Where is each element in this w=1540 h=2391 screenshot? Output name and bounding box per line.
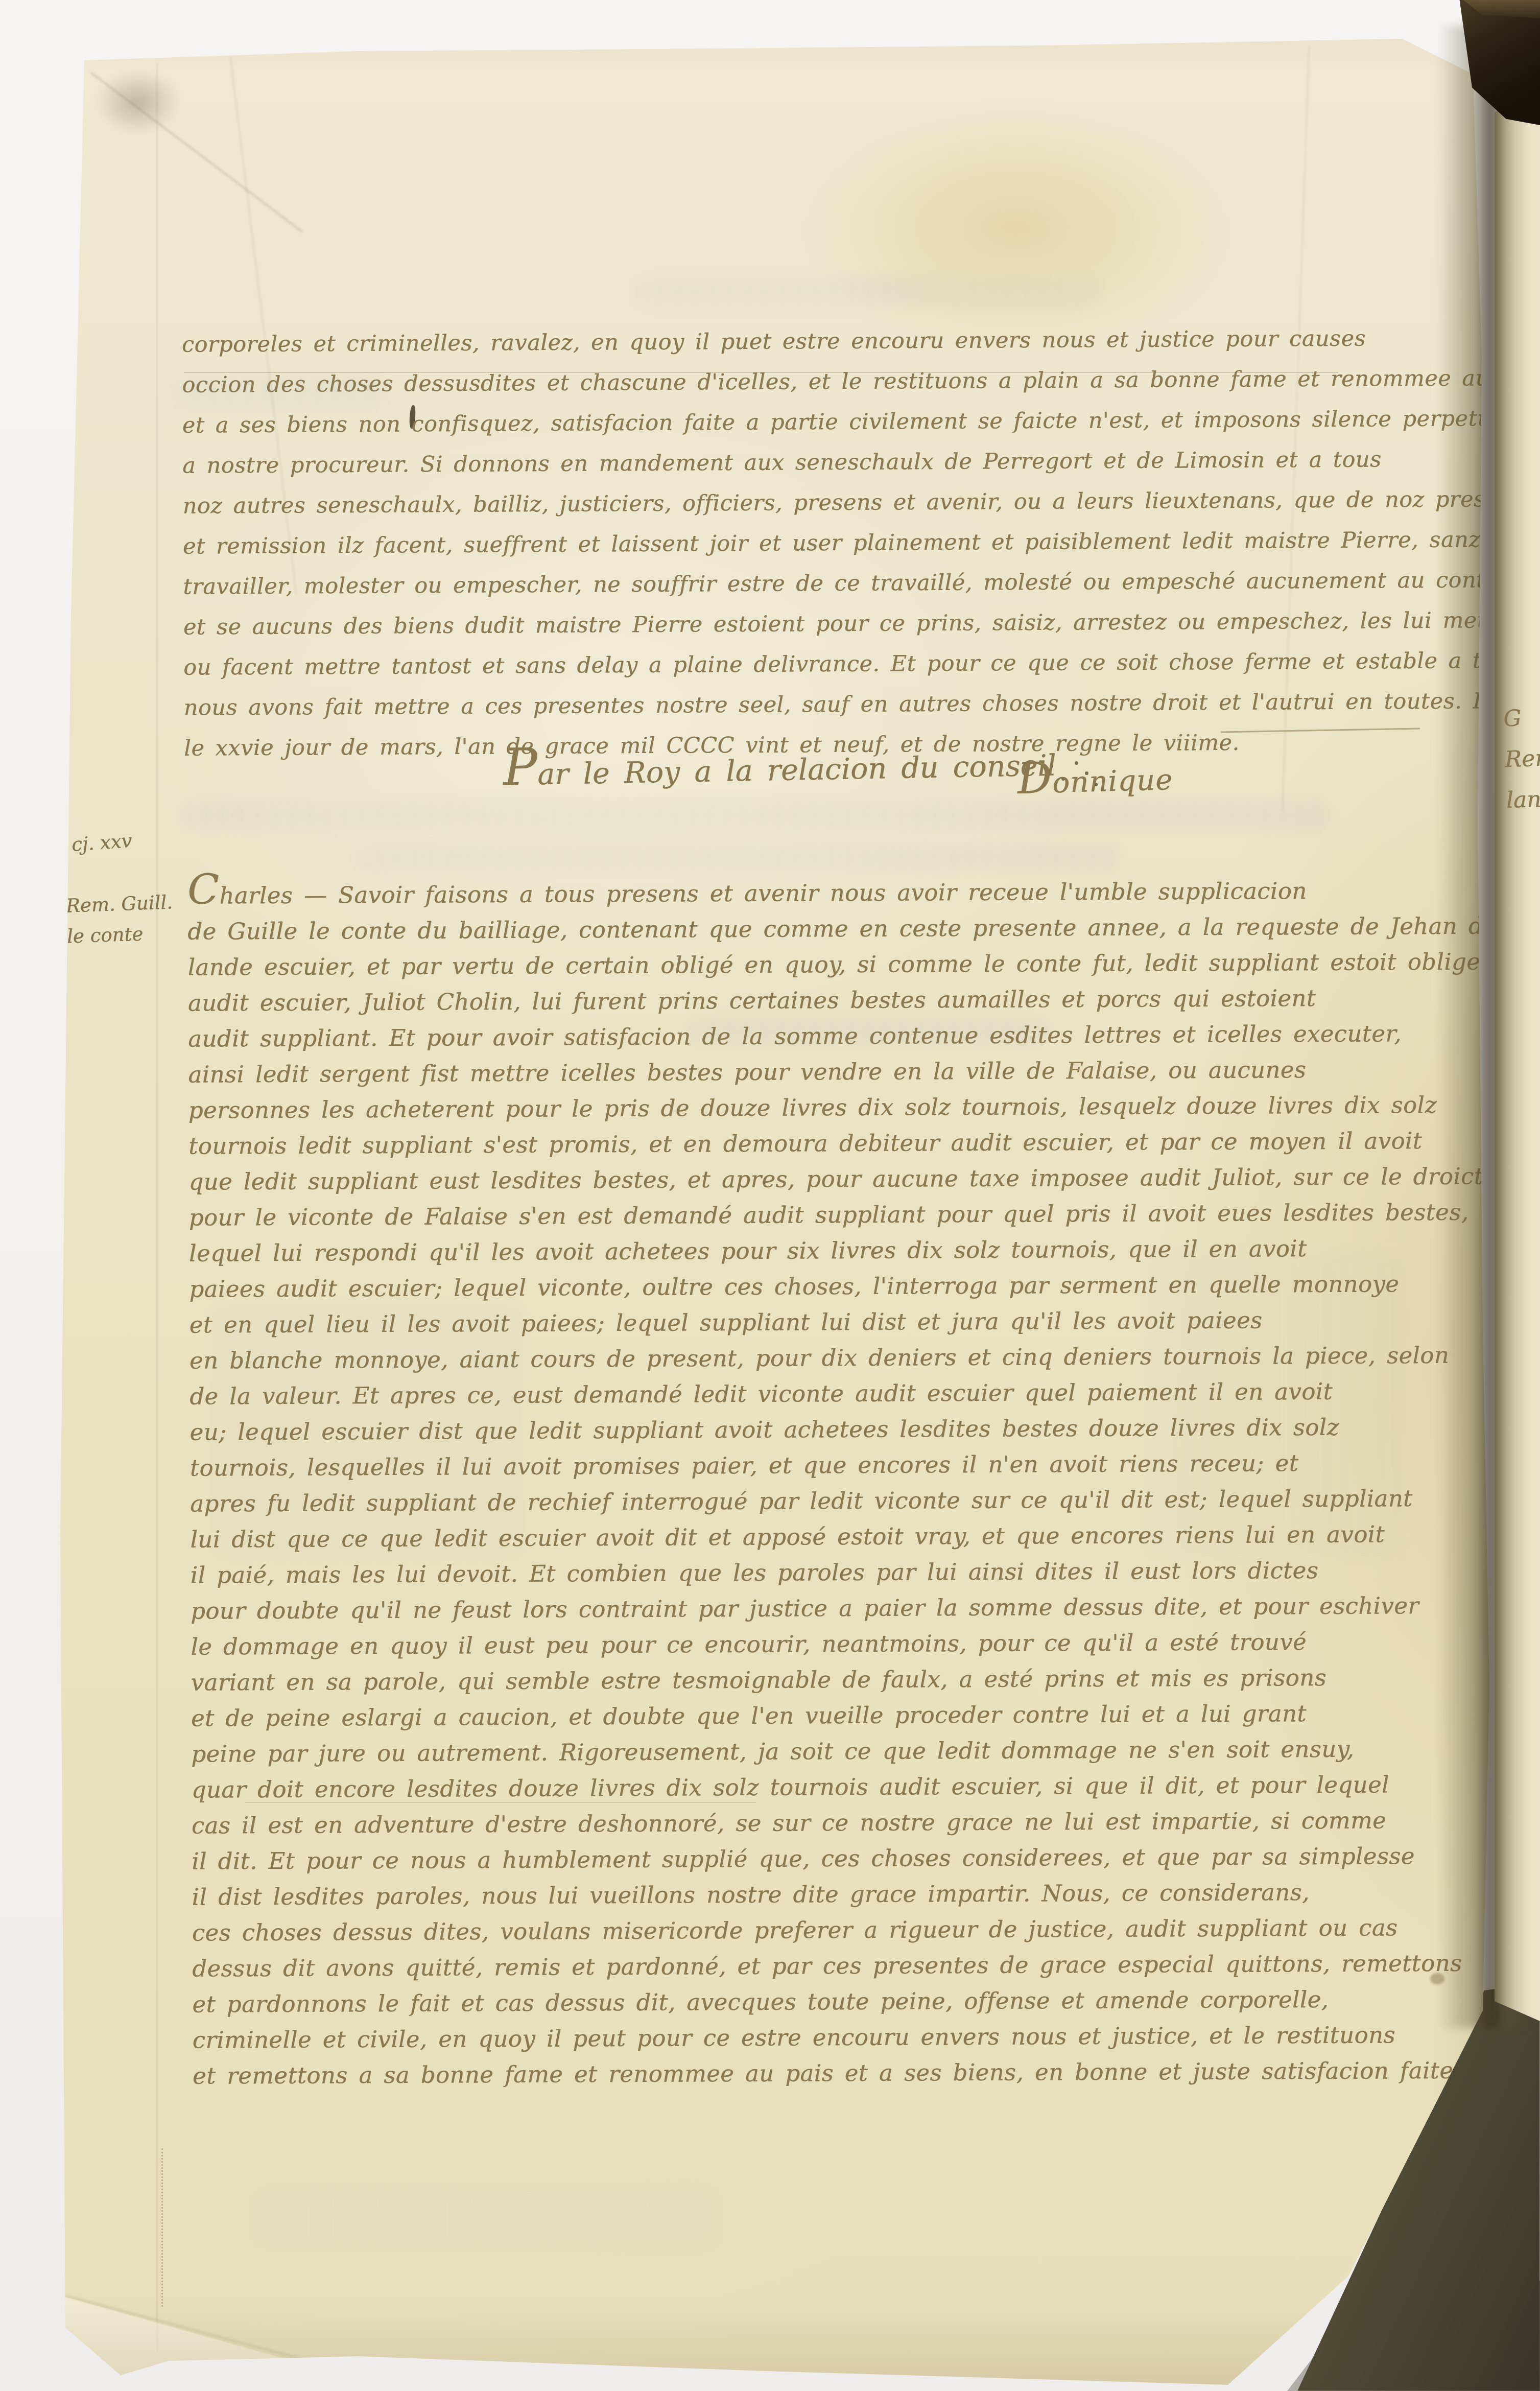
- parchment-repair-seam: [161, 2148, 163, 2307]
- text-line: eu; lequel escuier dist que ledit suppli…: [189, 1409, 1532, 1450]
- text-line: il dist lesdites paroles, nous lui vueil…: [192, 1873, 1534, 1915]
- text-line: a nostre procureur. Si donnons en mandem…: [182, 438, 1540, 486]
- text-line: et de peine eslargi a caucion, et doubte…: [191, 1695, 1533, 1736]
- margin-note-folio: cj. xxv: [71, 830, 133, 856]
- fold-crease: [156, 64, 158, 2353]
- text-line: audit suppliant. Et pour avoir satisfaci…: [188, 1015, 1530, 1057]
- text-line: paiees audit escuier; lequel viconte, ou…: [189, 1265, 1531, 1307]
- crease-line: [90, 72, 303, 232]
- remission-text-block: Charles — Savoir faisons a tous presens …: [187, 872, 1535, 2094]
- text-line: travailler, molester ou empescher, ne so…: [183, 559, 1540, 607]
- text-line: et remettons a sa bonne fame et renommee…: [193, 2052, 1535, 2094]
- text-line: dessus dit avons quitté, remis et pardon…: [192, 1945, 1534, 1986]
- closing-text-block: corporeles et criminelles, ravalez, en q…: [182, 317, 1540, 769]
- text-line: et en quel lieu il les avoit paiees; leq…: [189, 1301, 1531, 1343]
- text-line: personnes les acheterent pour le pris de…: [188, 1087, 1531, 1128]
- text-line: cas il est en adventure d'estre deshonno…: [192, 1802, 1534, 1843]
- facing-page-text-fragments: GRemlan: [1503, 697, 1540, 822]
- text-line: et remission ilz facent, sueffrent et la…: [183, 519, 1540, 567]
- chancery-signature: Donnique: [1017, 763, 1173, 801]
- text-line: peine par jure ou autrement. Rigoreuseme…: [191, 1730, 1533, 1772]
- text-line: tournois, lesquelles il lui avoit promis…: [190, 1444, 1532, 1486]
- text-line: Charles — Savoir faisons a tous presens …: [187, 872, 1530, 913]
- text-line: audit escuier, Juliot Cholin, lui furent…: [188, 979, 1530, 1021]
- text-line: tournois ledit suppliant s'est promis, e…: [188, 1122, 1531, 1164]
- text-line: il paié, mais les lui devoit. Et combien…: [191, 1552, 1533, 1593]
- text-line: que ledit suppliant eust lesdites bestes…: [188, 1158, 1531, 1200]
- margin-note-line: Rem. Guill.: [65, 887, 173, 921]
- text-line: ou facent mettre tantost et sans delay a…: [183, 640, 1540, 688]
- margin-note-line: le conte: [66, 918, 174, 952]
- text-line: G: [1503, 697, 1540, 740]
- showthrough-ghost: [358, 843, 1124, 871]
- text-line: lui dist que ce que ledit escuier avoit …: [190, 1516, 1532, 1557]
- showthrough-ghost: [638, 276, 1098, 307]
- text-line: de la valeur. Et apres ce, eust demandé …: [189, 1373, 1532, 1414]
- text-line: noz autres seneschaulx, bailliz, justici…: [182, 478, 1540, 527]
- text-line: ces choses dessus dites, voulans miseric…: [192, 1909, 1534, 1951]
- text-line: de Guille le conte du bailliage, contena…: [187, 908, 1530, 949]
- margin-note-registration: Rem. Guill. le conte: [65, 887, 174, 952]
- text-line: lande escuier, et par vertu de certain o…: [187, 944, 1530, 985]
- text-line: lan: [1505, 779, 1540, 822]
- text-line: variant en sa parole, qui semble estre t…: [191, 1659, 1533, 1700]
- text-line: et se aucuns des biens dudit maistre Pie…: [183, 599, 1540, 648]
- text-line: ainsi ledit sergent fist mettre icelles …: [188, 1051, 1530, 1092]
- text-line: et a ses biens non confisquez, satisfaci…: [182, 397, 1540, 446]
- text-line: le dommage en quoy il eust peu pour ce e…: [191, 1623, 1533, 1665]
- text-line: corporeles et criminelles, ravalez, en q…: [182, 317, 1540, 365]
- text-line: en blanche monnoye, aiant cours de prese…: [189, 1337, 1532, 1378]
- text-line: apres fu ledit suppliant de rechief inte…: [190, 1480, 1532, 1521]
- text-line: pour doubte qu'il ne feust lors contrain…: [191, 1587, 1533, 1629]
- text-line: criminelle et civile, en quoy il peut po…: [193, 2017, 1535, 2058]
- text-line: nous avons fait mettre a ces presentes n…: [183, 680, 1540, 729]
- gutter-shadow: [1438, 26, 1524, 2028]
- text-line: il dit. Et pour ce nous a humblement sup…: [192, 1838, 1534, 1879]
- text-line: lequel lui respondi qu'il les avoit ache…: [189, 1230, 1531, 1271]
- text-line: quar doit encore lesdites douze livres d…: [191, 1766, 1533, 1808]
- manuscript-photo: corporeles et criminelles, ravalez, en q…: [0, 0, 1540, 2391]
- text-line: occion des choses dessusdites et chascun…: [182, 357, 1540, 406]
- text-line: Rem: [1504, 738, 1540, 781]
- showthrough-ghost: [255, 2187, 715, 2248]
- corner-smudge: [94, 69, 181, 135]
- manuscript-page: corporeles et criminelles, ravalez, en q…: [0, 0, 1540, 2391]
- text-line: et pardonnons le fait et cas dessus dit,…: [192, 1981, 1534, 2022]
- text-line: pour le viconte de Falaise s'en est dema…: [189, 1194, 1531, 1235]
- showthrough-ghost: [184, 800, 1333, 830]
